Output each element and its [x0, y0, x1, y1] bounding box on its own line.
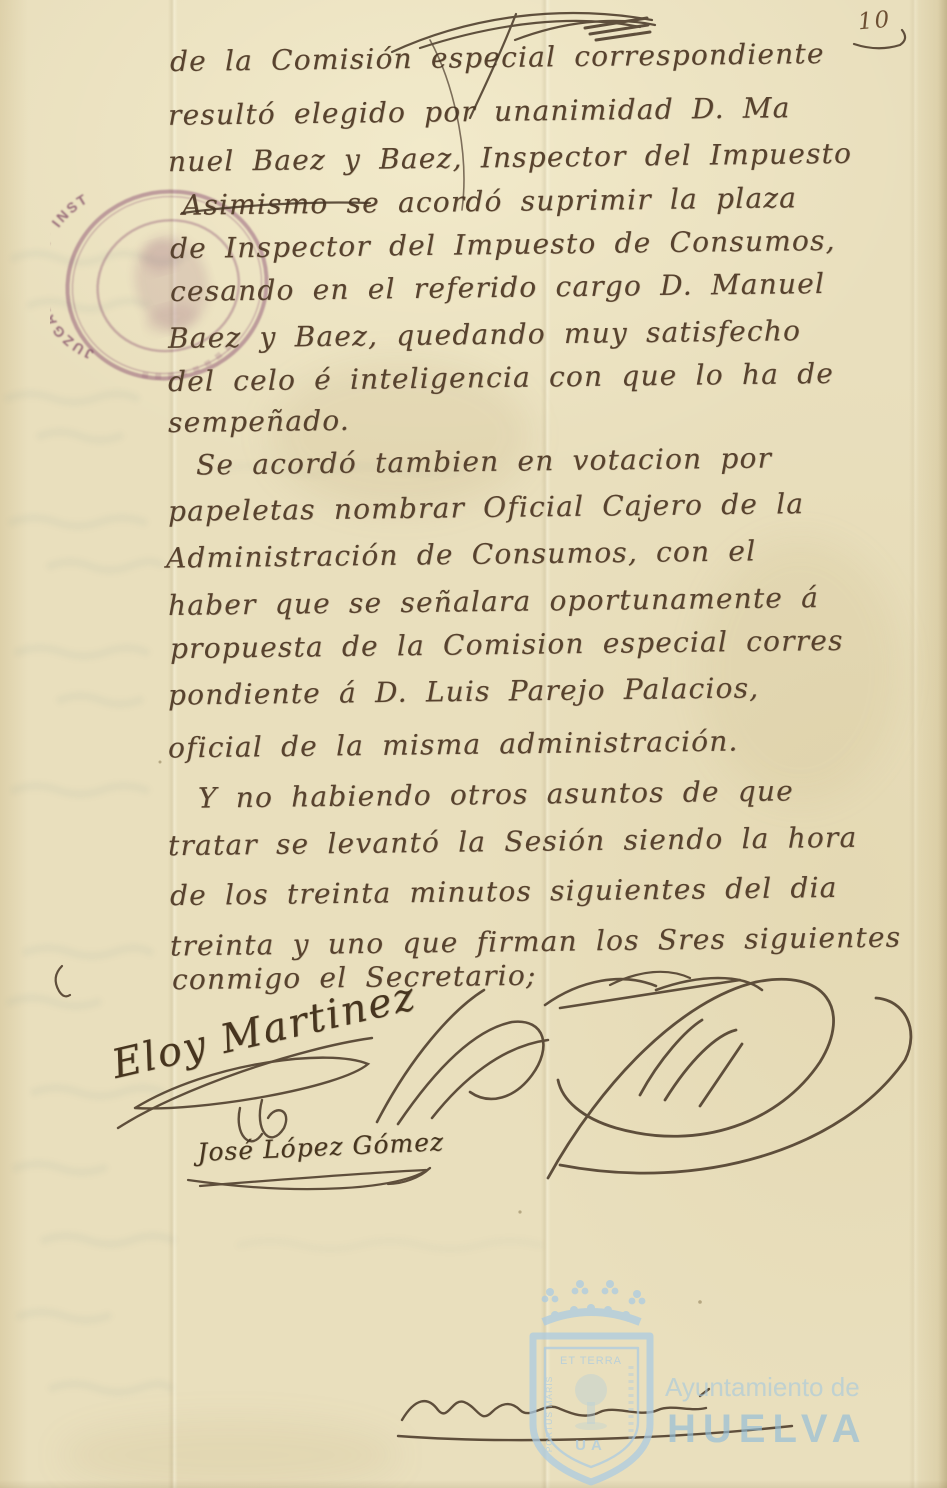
- manuscript-line: de Inspector del Impuesto de Consumos,: [170, 224, 836, 265]
- shield-motto-left: PORTUS MARIS: [544, 1376, 554, 1453]
- shield-motto-top: ET TERRA: [560, 1355, 622, 1367]
- manuscript-line: treinta y uno que firman los Sres siguie…: [170, 921, 902, 963]
- page-edge: [938, 0, 947, 1488]
- manuscript-line: oficial de la misma administración.: [168, 725, 739, 765]
- manuscript-line: pondiente á D. Luis Parejo Palacios,: [168, 671, 760, 711]
- paper-stain: [700, 540, 900, 800]
- secretary-rubric: [545, 978, 762, 1008]
- manuscript-line: de los treinta minutos siguientes del di…: [170, 871, 838, 912]
- crown-icon: [542, 1280, 646, 1322]
- signature-jose-lopez-gomez: José López Gómez: [197, 1127, 445, 1167]
- page-number: 10: [857, 7, 892, 36]
- shield-letters: UA: [575, 1437, 607, 1454]
- svg-text:JUZGADO DE 1ª INST: JUZGADO DE 1ª INST: [50, 189, 131, 373]
- manuscript-line: cesando en el referido cargo D. Manuel: [170, 267, 825, 308]
- manuscript-line: Y no habiendo otros asuntos de que: [198, 774, 794, 814]
- stamp-arc-text: JUZGADO DE 1ª INST: [50, 189, 131, 373]
- signature-flourish-right: [548, 972, 911, 1178]
- manuscript-line: Baez y Baez, quedando muy satisfecho: [168, 314, 801, 355]
- manuscript-line: Asimismo se acordó suprimir la plaza: [182, 181, 797, 222]
- manuscript-line: de la Comisión especial correspondiente: [170, 37, 825, 78]
- manuscript-line: Administración de Consumos, con el: [166, 534, 757, 574]
- margin-mark: [56, 966, 70, 996]
- bottom-signature: [398, 1389, 792, 1440]
- manuscript-line: haber que se señalara oportunamente á: [168, 581, 819, 622]
- manuscript-page: { "page": { "number": "10" }, "paper": {…: [0, 0, 947, 1488]
- watermark-org-text: Ayuntamiento de: [665, 1372, 860, 1402]
- shield-tree-canopy: [575, 1374, 607, 1406]
- manuscript-line: papeletas nombrar Oficial Cajero de la: [168, 487, 805, 528]
- shield-tree-trunk: [587, 1402, 595, 1424]
- manuscript-line: del celo é inteligencia con que lo ha de: [168, 357, 834, 398]
- huelva-shield: ET TERRA PORTUS MARIS UA: [533, 1336, 650, 1482]
- manuscript-line: tratar se levantó la Sesión siendo la ho…: [168, 821, 858, 862]
- manuscript-line: sempeñado.: [168, 404, 350, 439]
- manuscript-line: nuel Baez y Baez, Inspector del Impuesto: [168, 137, 852, 178]
- manuscript-line: Se acordó tambien en votacion por: [196, 441, 773, 481]
- paper-stain: [60, 1420, 400, 1488]
- jose-lopez-swoosh: [188, 1168, 430, 1189]
- watermark-city-text: HUELVA: [667, 1407, 868, 1451]
- page-edge: [0, 1480, 947, 1488]
- crown-trefoil: [542, 1280, 646, 1304]
- manuscript-line: propuesta de la Comision especial corres: [170, 624, 844, 665]
- fold-crease: [909, 0, 919, 1488]
- manuscript-line: resultó elegido por unanimidad D. Ma: [168, 91, 791, 132]
- huelva-watermark-logo: ET TERRA PORTUS MARIS UA Ayuntamiento de…: [495, 1274, 947, 1488]
